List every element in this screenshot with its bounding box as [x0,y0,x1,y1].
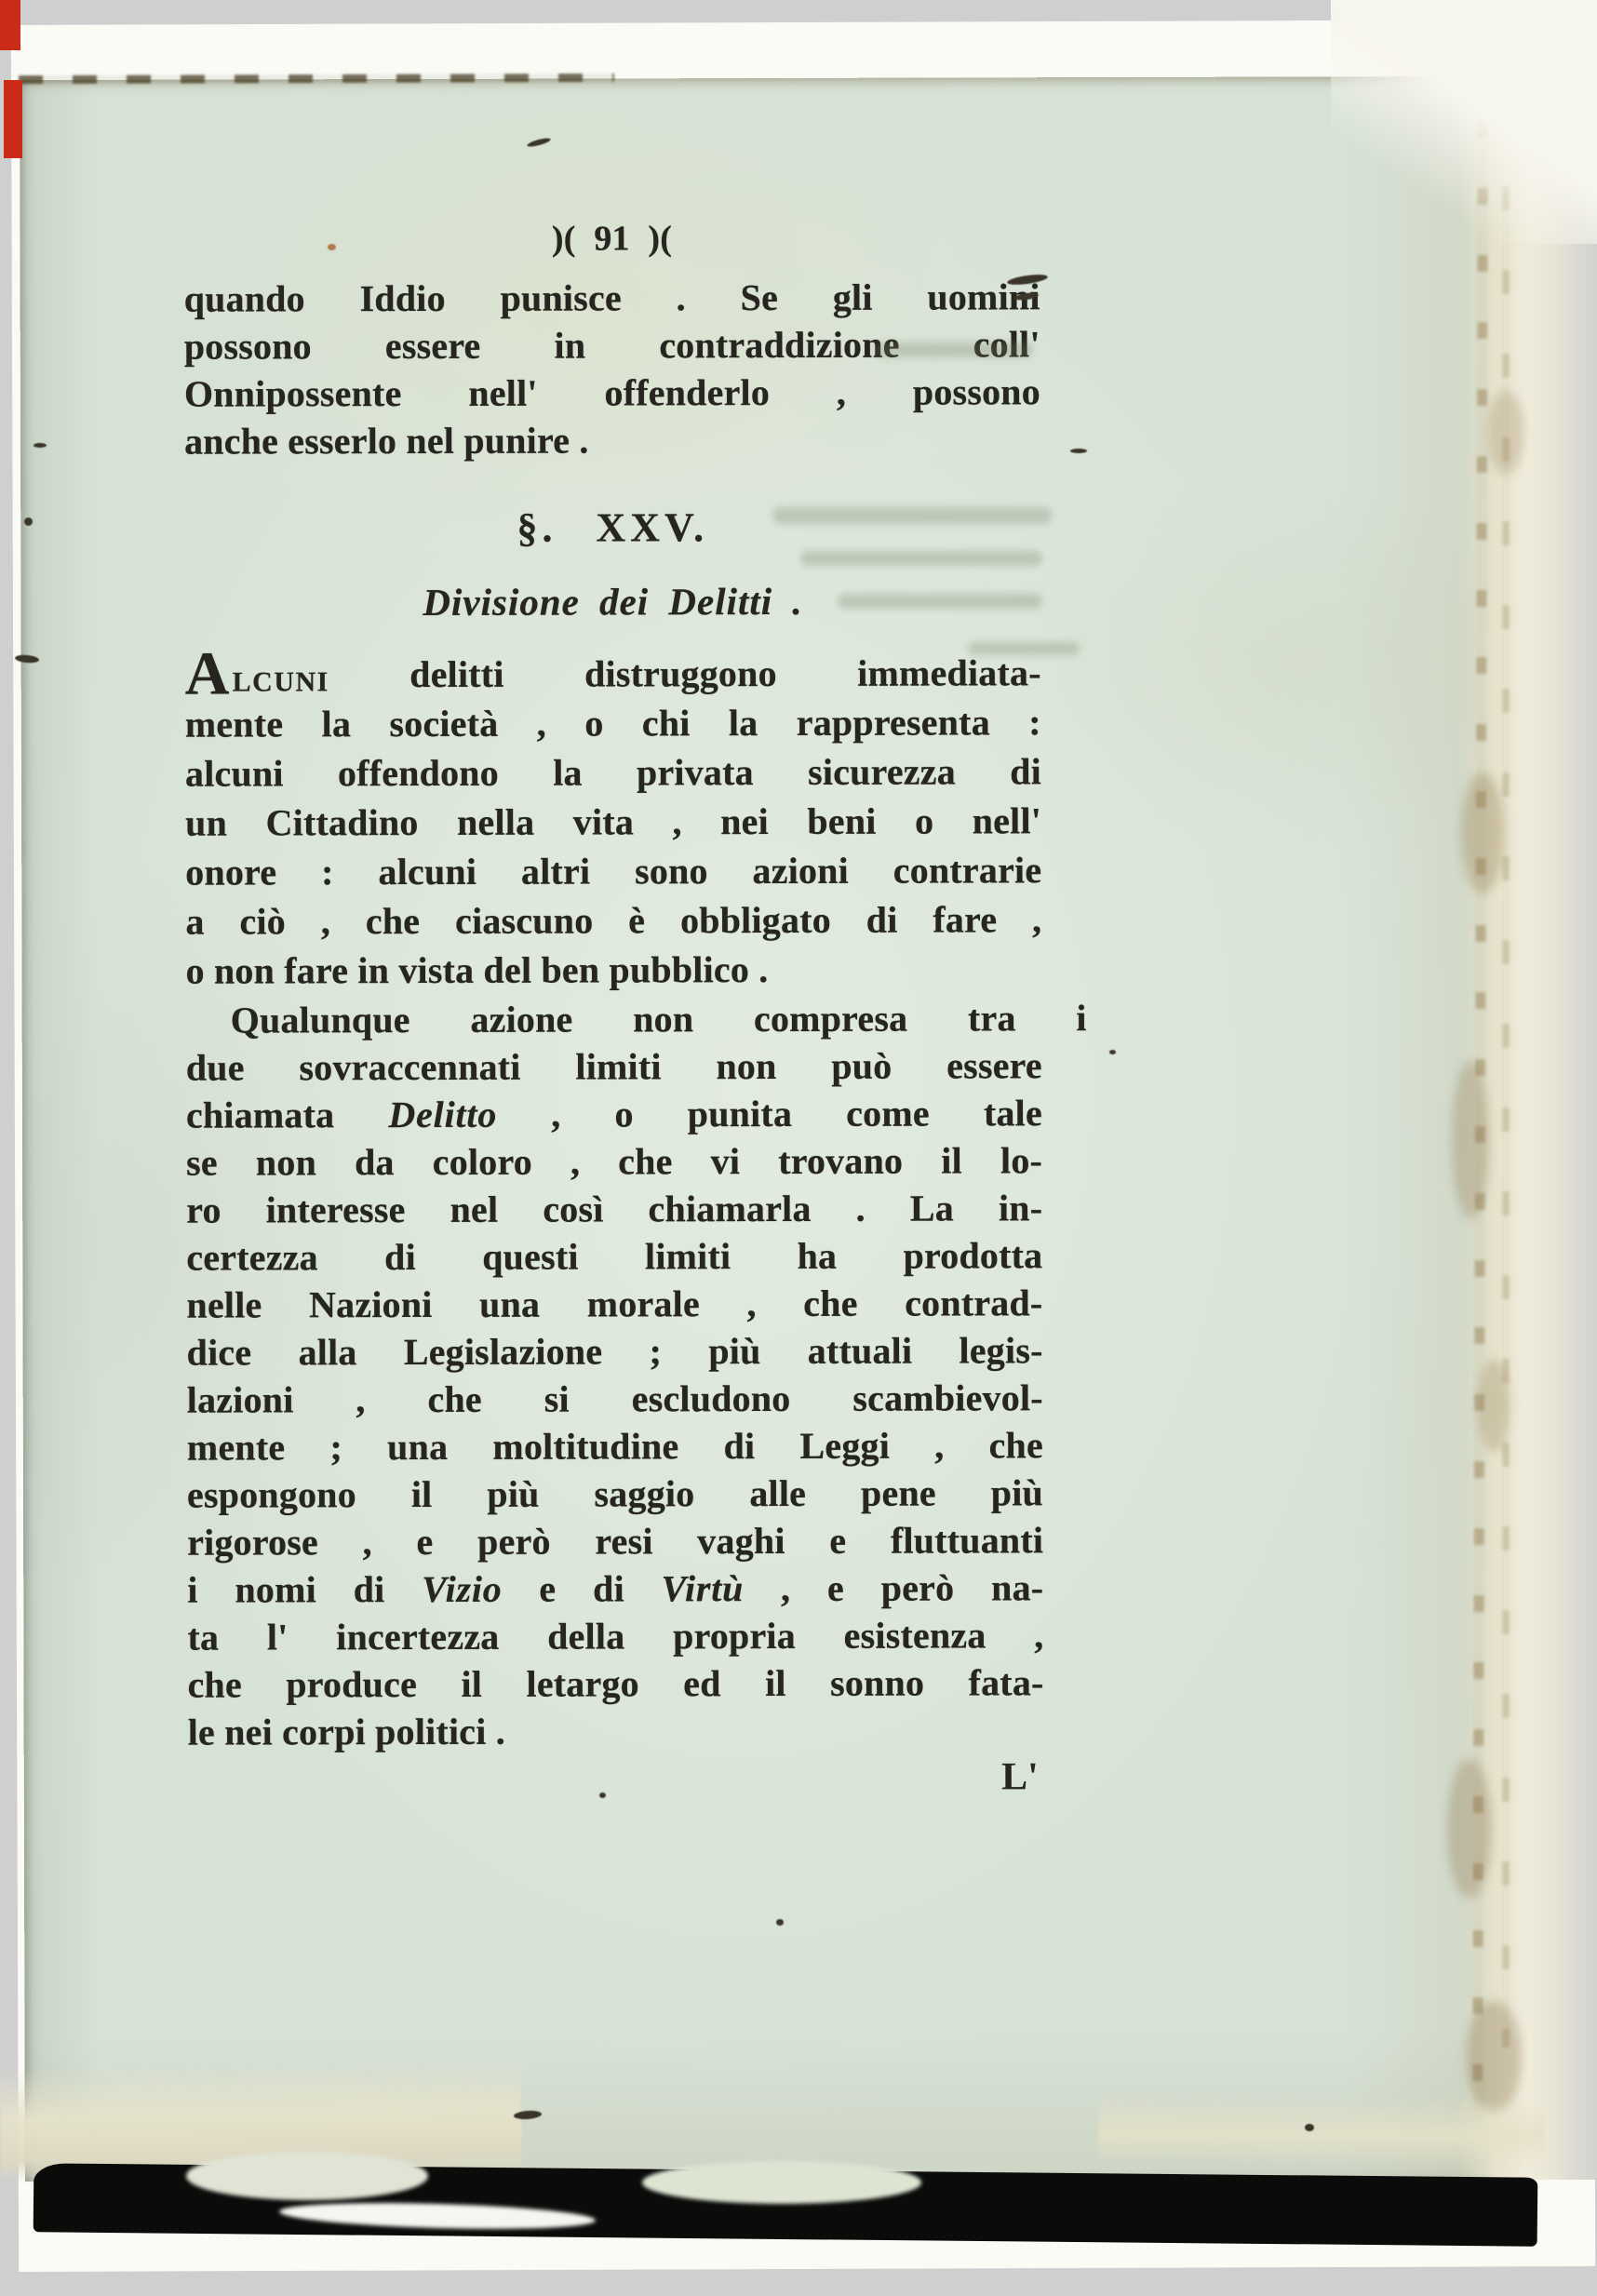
text-line: senondacoloro,chevitrovanoillo- [186,1138,1042,1188]
text-line: duesovraccennatilimitinonpuòessere [186,1043,1042,1093]
text-line: o non fare in vista del ben pubblico . [185,947,1041,996]
text-line: quandoIddiopunisce.Segliuomini [184,275,1040,324]
text-line: cheproduceilletargoedilsonnofata- [187,1660,1043,1710]
text-line: rointeressenelcosìchiamarla.Lain- [186,1186,1042,1235]
bottom-crumple-right [1098,2093,1546,2168]
speck [1109,1050,1116,1054]
speck [328,244,336,250]
text-line: aciò,checiascunoèobbligatodifare, [185,897,1041,947]
edge-stain [1487,391,1524,475]
catchword: L' [1001,1754,1039,1799]
edge-stain [1478,1359,1510,1452]
text-line: onore:alcunialtrisonoazionicontrarie [185,848,1041,897]
bleedthrough-ghost [800,551,1042,566]
text-line: Qualunqueazionenoncompresatrai [186,996,1087,1046]
text-line: mente;unamoltitudinediLeggi,che [187,1423,1043,1472]
page-number-header: )( 91 )( [183,215,1040,260]
book-page: )( 91 )( quandoIddiopunisce.Segliuominip… [20,76,1525,2182]
text-column: )( 91 )( quandoIddiopunisce.Segliuominip… [183,77,1045,2181]
text-line: le nei corpi politici . [188,1708,1044,1757]
speck [776,1919,784,1926]
speck [1305,2124,1314,2131]
scanned-document-screenshot: { "document": { "page_number": "91", "he… [0,0,1597,2296]
text-line: alcunioffendonolaprivatasicurezzadi [185,749,1041,799]
edge-stain [1461,772,1504,893]
page-bottom-wave [186,2152,428,2200]
text-line: inomidiVizioediVirtù,eperòna- [187,1565,1043,1615]
text-line: ALCUNIdelittidistruggonoimmediata- [185,651,1041,700]
speck [599,1792,606,1798]
page-bottom-wave [642,2161,921,2204]
bleedthrough-ghost [875,342,1033,357]
bleedthrough-ghost [838,594,1042,609]
bleedthrough-ghost [968,642,1080,655]
text-line: tal'incertezzadellapropriaesistenza, [187,1613,1043,1662]
speck [1070,449,1087,453]
speck [24,517,33,526]
red-edge-mark [0,0,20,50]
edge-stain [1452,1061,1489,1219]
edge-stain [1466,2001,1522,2113]
text-line: diceallaLegislazione;piùattualilegis- [187,1328,1043,1377]
text-line: Onnipossentenell'offenderlo,possono [184,369,1040,419]
text-line: certezzadiquestilimitihaprodotta [186,1233,1042,1282]
drop-cap: A [185,640,230,708]
text-line: anche esserlo nel punire . [184,417,1040,466]
text-line: rigorose,eperòresivaghiefluttuanti [187,1518,1043,1567]
bleedthrough-ghost [772,507,1052,524]
text-line: mentelasocietà,ochilarappresenta: [185,700,1041,749]
text-line: nelleNazioniunamorale,checontrad- [186,1281,1042,1330]
red-edge-mark [4,80,22,158]
speck [34,443,47,448]
edge-stain [1447,1759,1492,1899]
small-caps: LCUNI [233,666,329,697]
text-line: lazioni,chesiescludonoscambievol- [187,1376,1043,1425]
text-line: unCittadinonellavita,neibenionell' [185,799,1041,848]
text-line: espongonoilpiùsaggioallepenepiù [187,1470,1043,1520]
text-line: chiamataDelitto,opunitacometale [186,1091,1042,1140]
page-corner-fold [1331,0,1597,244]
